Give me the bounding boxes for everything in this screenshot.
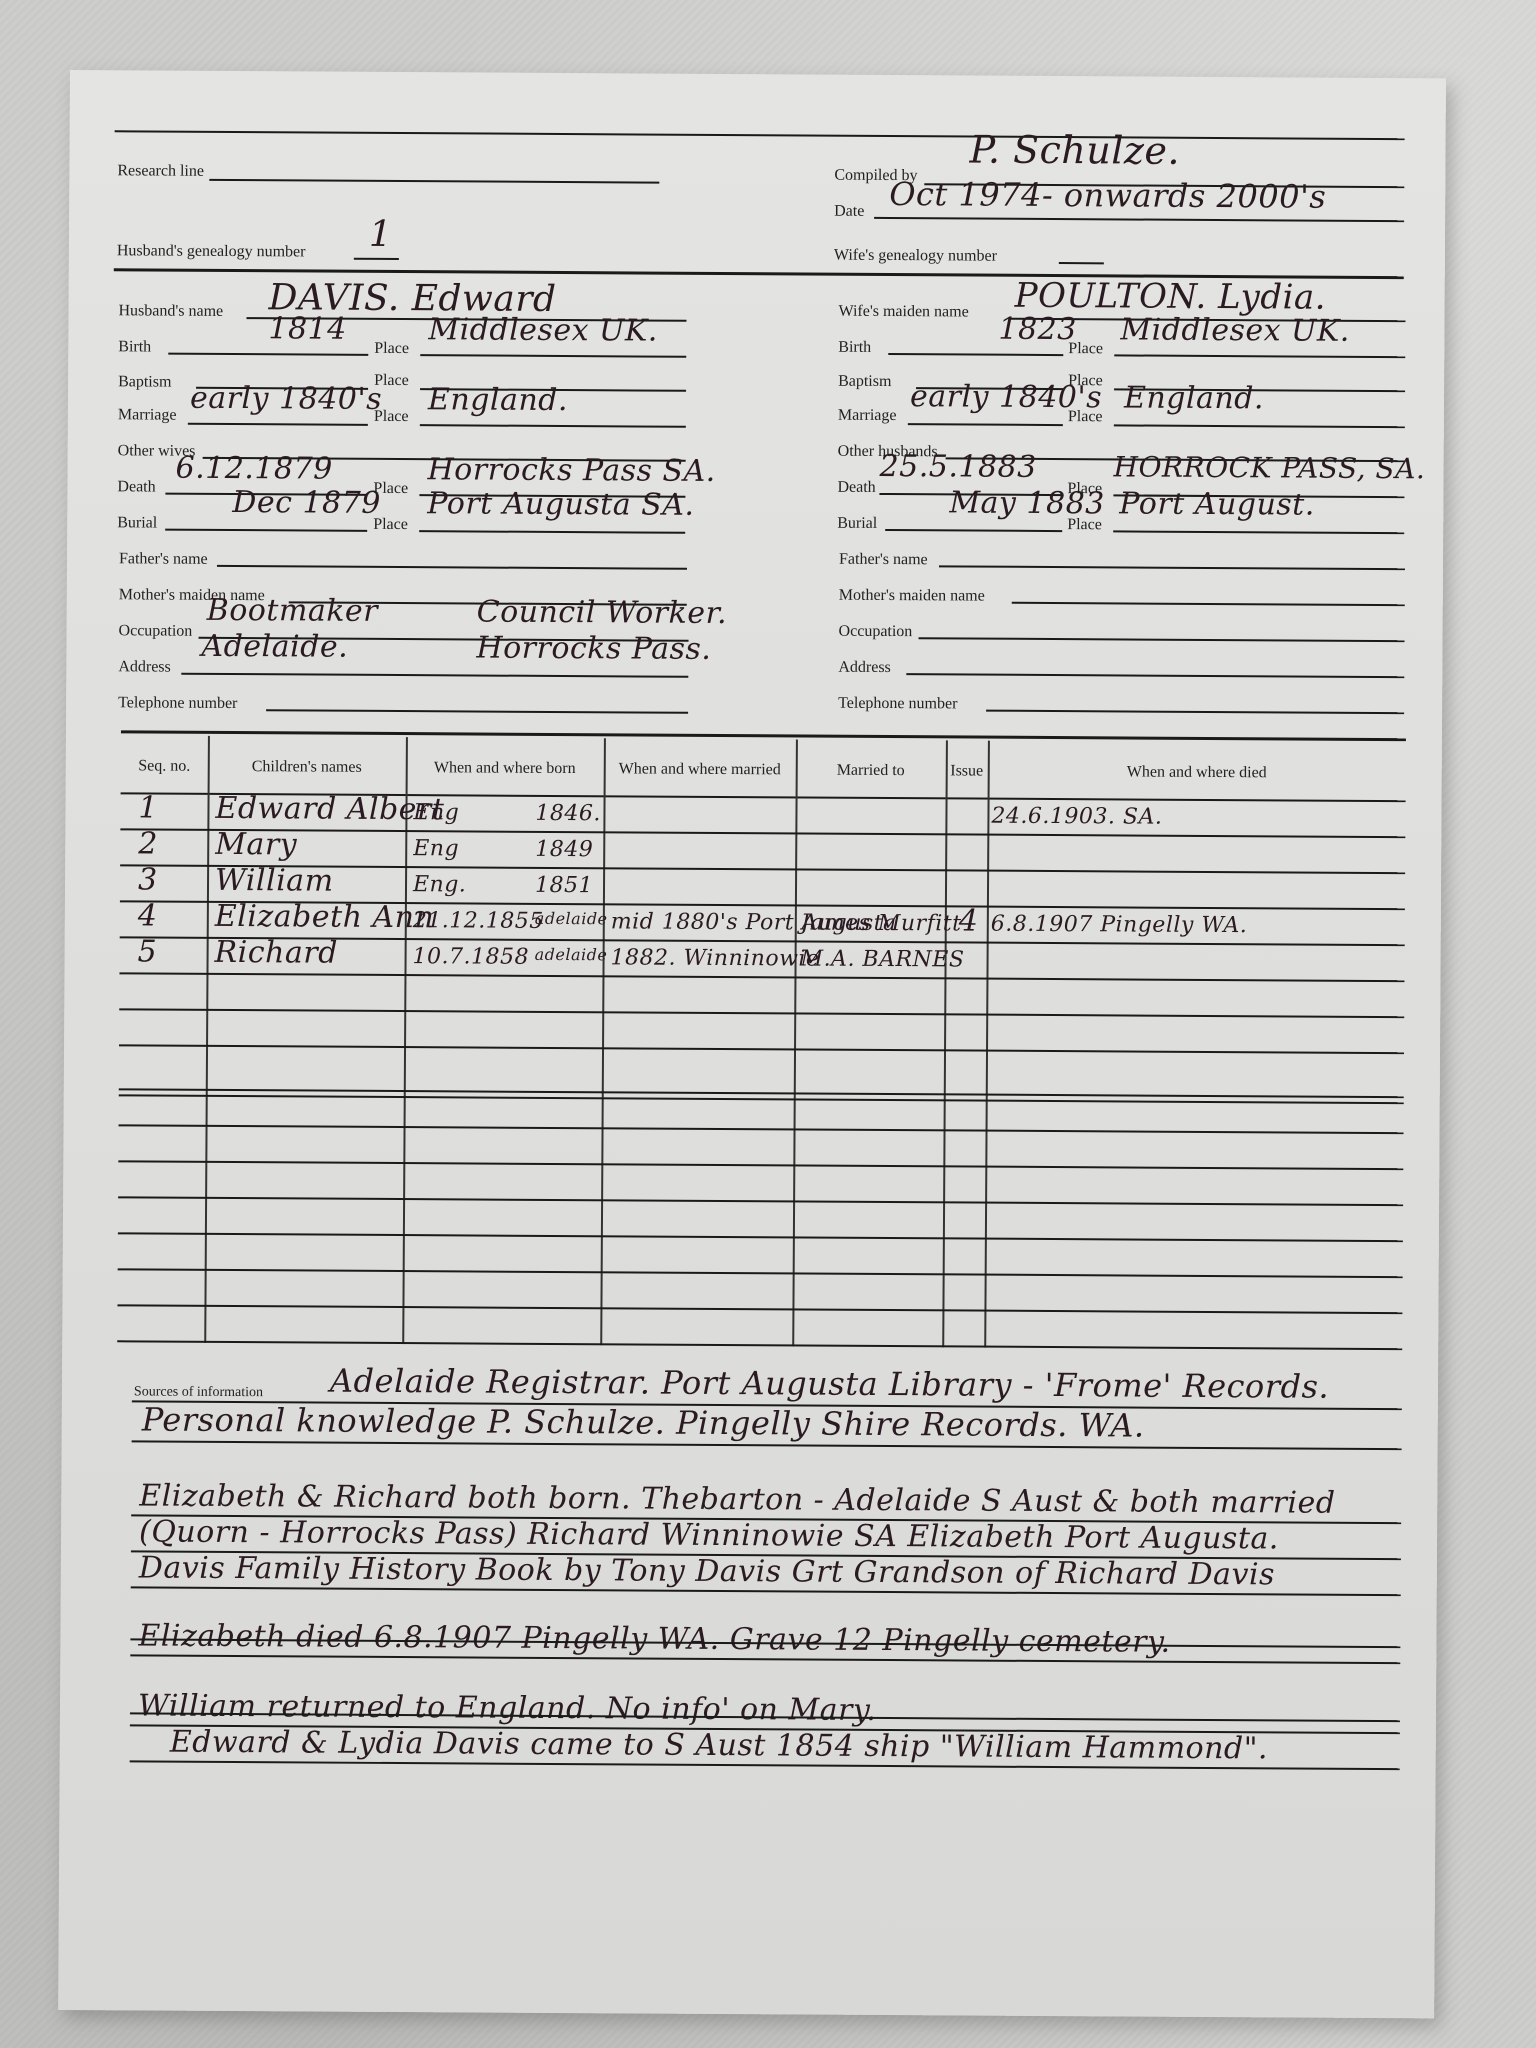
wife-death-place-value: HORROCK PASS, SA. [1113, 450, 1425, 485]
wife-birth-place-value: Middlesex UK. [1120, 312, 1350, 348]
cell-seq: 4 [138, 898, 158, 933]
note-line: (Quorn - Horrocks Pass) Richard Winninow… [139, 1514, 1279, 1556]
husband-address-value-2: Horrocks Pass. [476, 630, 711, 666]
cell-name: Edward Albert [215, 791, 444, 827]
wife-death-value: 25.5.1883 [879, 449, 1036, 485]
husband-birth-value: 1814 [268, 311, 347, 346]
family-group-sheet: Research line Compiled by P. Schulze. Da… [58, 70, 1446, 2018]
husband-burial-place-field[interactable] [419, 530, 685, 534]
cell-born-date: 10.7.1858 [413, 944, 530, 970]
cell-born-date: 21.12.1855 [413, 908, 544, 934]
wife-marriage-field[interactable] [908, 423, 1063, 426]
wife-birth-place-label: Place [1068, 340, 1103, 358]
wife-burial-place-label: Place [1067, 516, 1102, 534]
husband-telephone-field[interactable] [266, 709, 688, 714]
cell-born-place: adelaide [535, 945, 608, 964]
wife-birth-field[interactable] [888, 353, 1063, 356]
husband-name-label: Husband's name [118, 302, 223, 321]
wife-genealogy-label: Wife's genealogy number [834, 247, 997, 266]
husband-marriage-field[interactable] [188, 423, 368, 426]
note-line: Davis Family History Book by Tony Davis … [139, 1550, 1275, 1592]
cell-born-date: 1849 [535, 837, 593, 862]
husband-telephone-label: Telephone number [118, 694, 237, 713]
wife-birth-place-field[interactable] [1114, 354, 1405, 358]
compiled-by-value: P. Schulze. [969, 127, 1180, 172]
husband-baptism-label: Baptism [118, 373, 171, 391]
date-label: Date [834, 203, 864, 221]
wife-mother-label: Mother's maiden name [839, 587, 985, 606]
column-header: When and where born [406, 759, 604, 778]
wife-address-field[interactable] [906, 673, 1404, 678]
cell-born-place: adelaide [535, 909, 608, 928]
wife-father-label: Father's name [839, 551, 928, 570]
wife-death-label: Death [837, 479, 875, 497]
wife-marriage-place-value: England. [1124, 380, 1264, 416]
cell-born-place: Eng. [413, 872, 466, 897]
cell-died: 24.6.1903. SA. [991, 804, 1162, 830]
wife-burial-field[interactable] [885, 529, 1062, 532]
column-header: Seq. no. [121, 757, 208, 776]
husband-birth-place-label: Place [374, 340, 409, 358]
husband-genealogy-value: 1 [369, 214, 393, 255]
cell-died: 6.8.1907 Pingelly WA. [991, 912, 1248, 939]
column-header: When and where died [988, 763, 1406, 784]
wife-name-label: Wife's maiden name [838, 303, 968, 322]
wife-genealogy-field[interactable] [1059, 262, 1104, 264]
cell-name: Richard [215, 935, 338, 971]
wife-baptism-label: Baptism [838, 373, 891, 391]
sources-line-2: Personal knowledge P. Schulze. Pingelly … [142, 1400, 1145, 1444]
wife-occupation-field[interactable] [919, 637, 1405, 642]
husband-genealogy-label: Husband's genealogy number [117, 242, 306, 261]
husband-occupation-value: Bootmaker [207, 593, 379, 629]
husband-address-label: Address [118, 658, 171, 676]
column-header: Children's names [208, 758, 406, 777]
husband-marriage-place-value: England. [428, 382, 568, 418]
column-header: When and where married [604, 760, 796, 779]
cell-married-to: James Murfitt [801, 910, 962, 936]
table-row[interactable] [119, 1010, 1404, 1054]
husband-death-label: Death [117, 478, 155, 496]
table-top-rule [121, 730, 1406, 741]
husband-marriage-label: Marriage [118, 406, 177, 424]
wife-birth-label: Birth [838, 339, 871, 357]
cell-name: William [215, 863, 334, 899]
wife-telephone-label: Telephone number [838, 695, 957, 714]
sources-label: Sources of information [134, 1384, 263, 1401]
wife-mother-field[interactable] [1012, 602, 1405, 606]
wife-marriage-label: Marriage [838, 407, 897, 425]
husband-father-label: Father's name [119, 550, 208, 569]
husband-occupation-value-2: Council Worker. [477, 594, 728, 631]
top-rule [115, 130, 1405, 140]
cell-seq: 3 [138, 862, 158, 897]
cell-seq: 2 [138, 826, 158, 861]
husband-burial-place-value: Port Augusta SA. [427, 486, 694, 523]
table-row[interactable] [117, 1306, 1402, 1350]
cell-name: Mary [215, 827, 297, 862]
cell-name: Elizabeth Ann [215, 899, 435, 935]
note-line: Edward & Lydia Davis came to S Aust 1854… [170, 1725, 1268, 1767]
husband-marriage-place-label: Place [374, 408, 409, 426]
husband-occupation-label: Occupation [119, 622, 193, 640]
husband-burial-label: Burial [117, 514, 157, 532]
husband-father-field[interactable] [217, 565, 687, 570]
husband-burial-value: Dec 1879 [232, 485, 381, 521]
wife-occupation-label: Occupation [839, 623, 913, 641]
wife-burial-label: Burial [837, 515, 877, 533]
cell-born-place: Eng [413, 800, 459, 825]
note-line: Elizabeth & Richard both born. Thebarton… [139, 1478, 1335, 1520]
cell-issue: 4 [959, 903, 979, 938]
husband-address-field[interactable] [181, 673, 688, 678]
cell-born-place: Eng [413, 836, 459, 861]
husband-burial-field[interactable] [165, 529, 367, 532]
wife-father-field[interactable] [939, 565, 1405, 570]
column-header: Married to [796, 761, 946, 780]
husband-birth-place-field[interactable] [420, 354, 686, 358]
wife-burial-place-field[interactable] [1113, 530, 1404, 534]
wife-birth-value: 1823 [998, 312, 1077, 347]
research-line-field[interactable] [209, 179, 659, 184]
wife-marriage-place-field[interactable] [1114, 424, 1405, 428]
husband-death-value: 6.12.1879 [175, 451, 332, 487]
husband-birth-place-value: Middlesex UK. [428, 312, 658, 348]
husband-birth-label: Birth [118, 338, 151, 356]
date-field[interactable] [874, 217, 1404, 222]
cell-seq: 1 [138, 790, 158, 825]
date-value: Oct 1974- onwards 2000's [889, 175, 1326, 216]
wife-telephone-field[interactable] [986, 710, 1404, 715]
husband-birth-field[interactable] [168, 353, 368, 356]
husband-marriage-value: early 1840's [190, 381, 382, 417]
husband-death-place-value: Horrocks Pass SA. [427, 452, 715, 489]
cell-born-date: 1851 [535, 873, 593, 898]
wife-address-label: Address [838, 659, 891, 677]
sources-line-1: Adelaide Registrar. Port Augusta Library… [330, 1362, 1329, 1406]
wife-marriage-place-label: Place [1068, 408, 1103, 426]
column-header: Issue [946, 762, 988, 780]
research-line-label: Research line [117, 162, 204, 181]
cell-married-to: M.A. BARNES [801, 946, 965, 972]
note-line: William returned to England. No info' on… [138, 1688, 877, 1728]
husband-burial-place-label: Place [373, 516, 408, 534]
husband-address-value: Adelaide. [201, 629, 348, 665]
cell-born-date: 1846. [535, 801, 601, 826]
wife-burial-place-value: Port August. [1119, 486, 1315, 522]
cell-seq: 5 [138, 934, 158, 969]
husband-marriage-place-field[interactable] [420, 424, 686, 428]
husband-genealogy-field[interactable] [354, 258, 399, 260]
cell-married: 1882. Winninowie [611, 945, 820, 971]
